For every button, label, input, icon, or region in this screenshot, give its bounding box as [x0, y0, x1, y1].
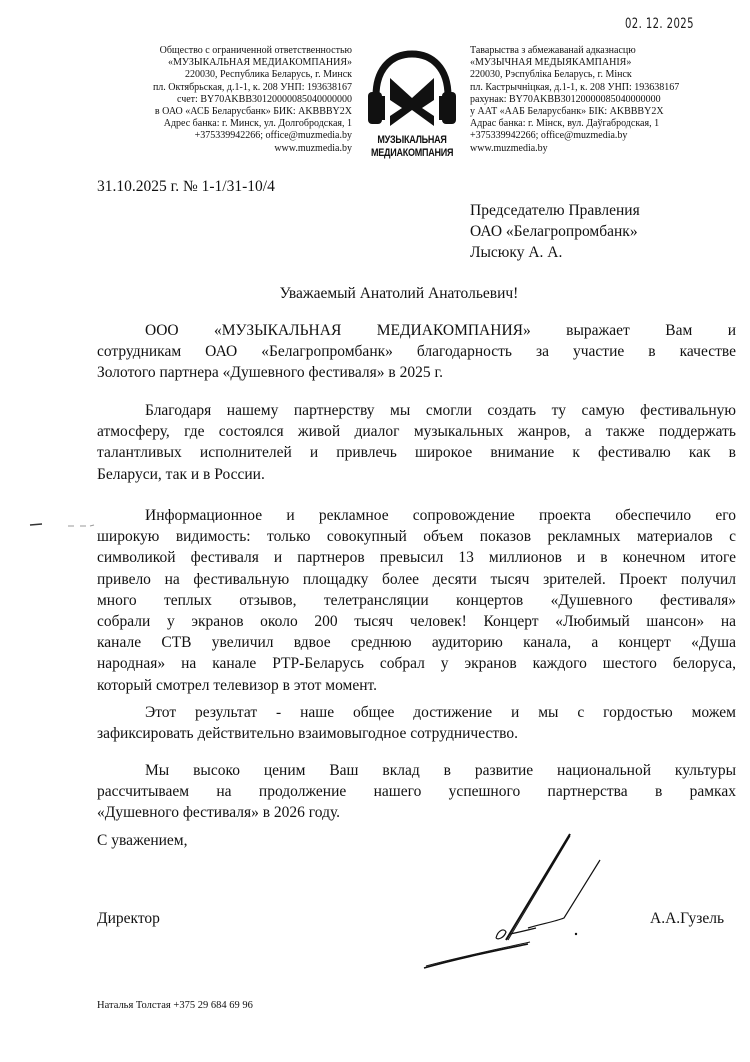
letterhead-left-line: +375339942266; office@muzmedia.by [92, 130, 352, 142]
letterhead-right-line: www.muzmedia.by [470, 143, 740, 155]
addressee-organization: ОАО «Белагропромбанк» [470, 221, 640, 242]
paragraph-line: сотрудникам ОАО «Белагропромбанк» благод… [97, 341, 736, 362]
letterhead-left-line: «МУЗЫКАЛЬНАЯ МЕДИАКОМПАНИЯ» [92, 57, 352, 69]
paragraph-line: талантливых исполнителей и привлечь широ… [97, 442, 736, 463]
letterhead-right-line: Таварыства з абмежаванай адказнасцю [470, 45, 740, 57]
executor-contact: Наталья Толстая +375 29 684 69 96 [97, 1000, 253, 1011]
company-logo: МУЗЫКАЛЬНАЯ МЕДИАКОМПАНИЯ [362, 50, 462, 162]
paragraph-line: зафиксировать действительно взаимовыгодн… [97, 723, 736, 744]
letterhead-right: Таварыства з абмежаванай адказнасцю «МУЗ… [470, 45, 740, 155]
letterhead-right-line: у ААТ «ААБ Беларусбанк» БІК: AKBBBY2X [470, 106, 740, 118]
paragraph-line: Информационное и рекламное сопровождение… [97, 505, 736, 526]
addressee-name: Лысюку А. А. [470, 242, 640, 263]
paragraph-line: рассчитываем на продолжение нашего успеш… [97, 781, 736, 802]
logo-text-line2: МЕДИАКОМПАНИЯ [371, 147, 453, 159]
letterhead-right-line: Адрас банка: г. Мінск, вул. Даўгабродска… [470, 118, 740, 130]
letterhead-left: Общество с ограниченной ответственностью… [92, 45, 352, 155]
paragraph-line: много теплых отзывов, телетрансляции кон… [97, 590, 736, 611]
headphones-m-logo-icon [362, 50, 462, 132]
letterhead-left-line: пл. Октябрьская, д.1-1, к. 208 УНП: 1936… [92, 82, 352, 94]
paragraph-line: привело на фестивальную площадку более д… [97, 569, 736, 590]
paragraph-line: символикой фестиваля и партнеров превыси… [97, 547, 736, 568]
letterhead-left-line: Адрес банка: г. Минск, ул. Долгобродская… [92, 118, 352, 130]
body-paragraph: Информационное и рекламное сопровождение… [97, 505, 736, 696]
margin-mark [28, 520, 98, 530]
letterhead-left-line: Общество с ограниченной ответственностью [92, 45, 352, 57]
paragraph-line: Благодаря нашему партнерству мы смогли с… [97, 400, 736, 421]
paragraph-line: который смотрел телевизор в этот момент. [97, 675, 736, 696]
letterhead-left-line: 220030, Республика Беларусь, г. Минск [92, 69, 352, 81]
letterhead-right-line: пл. Кастрычніцкая, д.1-1, к. 208 УНП: 19… [470, 82, 740, 94]
letterhead-right-line: «МУЗЫЧНАЯ МЕДЫЯКАМПАНІЯ» [470, 57, 740, 69]
paragraph-line: Беларуси, так и в России. [97, 464, 736, 485]
logo-text-line1: МУЗЫКАЛЬНАЯ [371, 134, 453, 146]
signer-position: Директор [97, 910, 160, 928]
letterhead-right-line: +375339942266; office@muzmedia.by [470, 130, 740, 142]
registration-number: 31.10.2025 г. № 1-1/31-10/4 [97, 178, 275, 196]
paragraph-line: широкую видимость: только совокупный объ… [97, 526, 736, 547]
body-paragraph: Мы высоко ценим Ваш вклад в развитие нац… [97, 760, 736, 824]
letterhead-left-line: www.muzmedia.by [92, 143, 352, 155]
paragraph-line: Золотого партнера «Душевного фестиваля» … [97, 362, 736, 383]
paragraph-line: народная» на канале РТР-Беларусь собрал … [97, 653, 736, 674]
letterhead-left-line: счет: BY70AKBB30120000085040000000 [92, 94, 352, 106]
paragraph-line: собрали у экранов около 200 тысяч челове… [97, 611, 736, 632]
paragraph-line: Этот результат - наше общее достижение и… [97, 702, 736, 723]
body-paragraph: Благодаря нашему партнерству мы смогли с… [97, 400, 736, 485]
letterhead-right-line: рахунак: BY70AKBB30120000085040000000 [470, 94, 740, 106]
paragraph-line: атмосферу, где состоялся живой диалог му… [97, 421, 736, 442]
body-paragraph: Этот результат - наше общее достижение и… [97, 702, 736, 744]
closing-phrase: С уважением, [97, 832, 188, 850]
paragraph-line: Мы высоко ценим Ваш вклад в развитие нац… [97, 760, 736, 781]
paragraph-line: ООО «МУЗЫКАЛЬНАЯ МЕДИАКОМПАНИЯ» выражает… [97, 320, 736, 341]
greeting: Уважаемый Анатолий Анатольевич! [0, 285, 750, 303]
addressee: Председателю Правления ОАО «Белагропромб… [470, 200, 640, 263]
signer-name: А.А.Гузель [650, 910, 724, 928]
letterhead-left-line: в ОАО «АСБ Беларусбанк» БИК: AKBBBY2X [92, 106, 352, 118]
paragraph-line: «Душевного фестиваля» в 2026 году. [97, 802, 736, 823]
addressee-position: Председателю Правления [470, 200, 640, 221]
handwritten-signature-icon [420, 830, 620, 970]
body-paragraph: ООО «МУЗЫКАЛЬНАЯ МЕДИАКОМПАНИЯ» выражает… [97, 320, 736, 384]
paragraph-line: канале СТВ увеличил вдвое среднюю аудито… [97, 632, 736, 653]
received-date-stamp: 02. 12. 2025 [625, 16, 694, 32]
letterhead-right-line: 220030, Рэспубліка Беларусь, г. Мінск [470, 69, 740, 81]
